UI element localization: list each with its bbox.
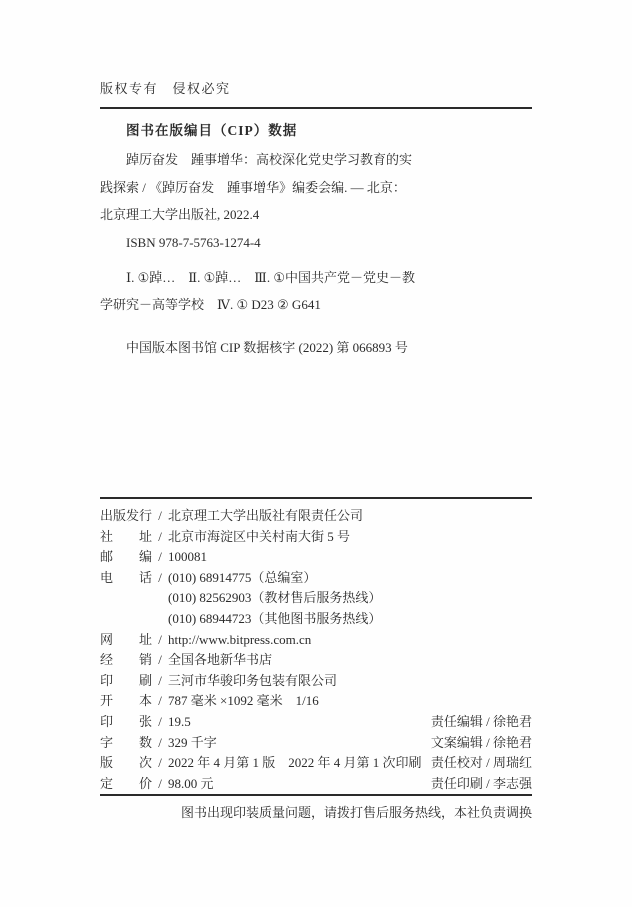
- pub-row-sheets: 印 张/19.5 责任编辑 / 徐艳君: [100, 712, 532, 733]
- slash-separator: /: [152, 691, 168, 712]
- editor-credit: 文案编辑 / 徐艳君: [431, 733, 532, 754]
- pub-label: 电 话: [100, 568, 152, 589]
- slash-separator: /: [152, 712, 168, 733]
- pub-row-edition: 版 次/2022 年 4 月第 1 版 2022 年 4 月第 1 次印刷 责任…: [100, 753, 532, 774]
- pub-value: 100081: [168, 547, 207, 568]
- slash-separator: /: [152, 671, 168, 692]
- slash-separator: /: [152, 753, 168, 774]
- slash-separator: /: [152, 650, 168, 671]
- pub-label: 定 价: [100, 774, 152, 795]
- pub-row-phone: 电 话/(010) 68914775（总编室）: [100, 568, 532, 589]
- slash-separator: /: [152, 506, 168, 527]
- pub-row-wordcount: 字 数/329 千字 文案编辑 / 徐艳君: [100, 733, 532, 754]
- cip-title-line-1: 踔厉奋发 踵事增华：高校深化党史学习教育的实: [100, 146, 532, 174]
- pub-value: 787 毫米 ×1092 毫米 1/16: [168, 691, 319, 712]
- cip-class-line-1: Ⅰ. ①踔… Ⅱ. ①踔… Ⅲ. ①中国共产党－党史－教: [100, 264, 532, 291]
- pub-row-phone-3: (010) 68944723（其他图书服务热线）: [100, 609, 532, 630]
- publication-divider-top: [100, 497, 532, 499]
- cip-title-line-3: 北京理工大学出版社, 2022.4: [100, 201, 532, 229]
- pub-row-website: 网 址/http://www.bitpress.com.cn: [100, 630, 532, 651]
- slash-separator: /: [152, 733, 168, 754]
- pub-row-distribution: 经 销/全国各地新华书店: [100, 650, 532, 671]
- pub-value: (010) 82562903（教材售后服务热线）: [168, 588, 381, 609]
- pub-row-printer: 印 刷/三河市华骏印务包装有限公司: [100, 671, 532, 692]
- pub-value: (010) 68914775（总编室）: [168, 568, 316, 589]
- slash-separator: /: [152, 630, 168, 651]
- pub-label: 网 址: [100, 630, 152, 651]
- pub-value: 329 千字: [168, 733, 217, 754]
- pub-row-format: 开 本/787 毫米 ×1092 毫米 1/16: [100, 691, 532, 712]
- pub-row-price: 定 价/98.00 元 责任印刷 / 李志强: [100, 774, 532, 795]
- pub-value: (010) 68944723（其他图书服务热线）: [168, 609, 381, 630]
- pub-value: 98.00 元: [168, 774, 214, 795]
- cip-title-line-2: 践探索 / 《踔厉奋发 踵事增华》编委会编. — 北京：: [100, 174, 532, 202]
- pub-row-phone-2: (010) 82562903（教材售后服务热线）: [100, 588, 532, 609]
- copyright-page: 版权专有 侵权必究 图书在版编目（CIP）数据 踔厉奋发 踵事增华：高校深化党史…: [0, 0, 632, 907]
- cip-description: 踔厉奋发 踵事增华：高校深化党史学习教育的实 践探索 / 《踔厉奋发 踵事增华》…: [100, 146, 532, 256]
- pub-value: 2022 年 4 月第 1 版 2022 年 4 月第 1 次印刷: [168, 753, 422, 774]
- pub-label: 字 数: [100, 733, 152, 754]
- pub-row-address: 社 址/北京市海淀区中关村南大街 5 号: [100, 527, 532, 548]
- cip-classification: Ⅰ. ①踔… Ⅱ. ①踔… Ⅲ. ①中国共产党－党史－教 学研究－高等学校 Ⅳ.…: [100, 264, 532, 318]
- pub-label: 出版发行: [100, 506, 152, 527]
- pub-label: 版 次: [100, 753, 152, 774]
- pub-row-publisher: 出版发行/北京理工大学出版社有限责任公司: [100, 506, 532, 527]
- slash-separator: /: [152, 527, 168, 548]
- pub-value: 北京理工大学出版社有限责任公司: [168, 506, 363, 527]
- slash-separator: /: [152, 568, 168, 589]
- pub-row-postcode: 邮 编/100081: [100, 547, 532, 568]
- cip-class-line-2: 学研究－高等学校 Ⅳ. ① D23 ② G641: [100, 291, 532, 318]
- cip-heading: 图书在版编目（CIP）数据: [100, 119, 532, 139]
- pub-label: 经 销: [100, 650, 152, 671]
- website-url: http://www.bitpress.com.cn: [168, 630, 311, 651]
- pub-label: 邮 编: [100, 547, 152, 568]
- pub-label: 印 张: [100, 712, 152, 733]
- isbn-line: ISBN 978-7-5763-1274-4: [100, 229, 532, 257]
- publication-divider-bottom: [100, 794, 532, 796]
- publication-info: 出版发行/北京理工大学出版社有限责任公司 社 址/北京市海淀区中关村南大街 5 …: [100, 506, 532, 794]
- copyright-notice: 版权专有 侵权必究: [100, 78, 532, 97]
- pub-value: 19.5: [168, 712, 191, 733]
- editor-credit: 责任编辑 / 徐艳君: [431, 712, 532, 733]
- quality-notice: 图书出现印装质量问题，请拨打售后服务热线，本社负责调换: [100, 802, 532, 821]
- pub-label: 印 刷: [100, 671, 152, 692]
- slash-separator: /: [152, 774, 168, 795]
- slash-separator: /: [152, 547, 168, 568]
- editor-credit: 责任校对 / 周瑞红: [431, 753, 532, 774]
- pub-label: 社 址: [100, 527, 152, 548]
- top-divider: [100, 107, 532, 109]
- cip-record-number: 中国版本图书馆 CIP 数据核字 (2022) 第 066893 号: [100, 337, 532, 356]
- editor-credit: 责任印刷 / 李志强: [431, 774, 532, 795]
- pub-value: 全国各地新华书店: [168, 650, 272, 671]
- pub-value: 三河市华骏印务包装有限公司: [168, 671, 337, 692]
- pub-value: 北京市海淀区中关村南大街 5 号: [168, 527, 350, 548]
- pub-label: 开 本: [100, 691, 152, 712]
